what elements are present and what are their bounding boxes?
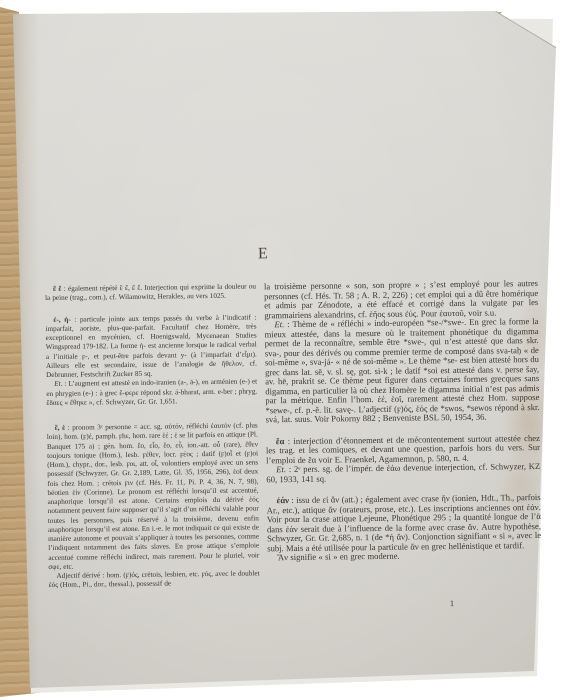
text-columns: ἒ ἕ : également répété ἒ ἕ, ἒ ἕ. Interje… (45, 279, 542, 591)
entry-body: : interjection d’étonnement et de mécont… (266, 432, 540, 464)
entry-body: : pronom 3ᵉ personne = acc. sg. αὑτόν, r… (47, 421, 260, 570)
entry-body: : issu de εἰ ἄν (att.) ; également avec … (267, 492, 541, 553)
section-letter-heading: E (17, 242, 510, 266)
entry-ean-note: Ἄν signifie « si » en grec moderne. (267, 550, 541, 563)
etymology-body: : L’augment est attesté en indo-iranien … (46, 378, 257, 407)
entry-headword: ἐ-, ἠ- (53, 315, 70, 323)
right-column: la troisième personne « son, son propre … (264, 279, 541, 563)
entry-pronoun: ἕ, ἑ : pronom 3ᵉ personne = acc. sg. αὑτ… (47, 421, 260, 572)
entry-body: Ἄν signifie « si » en grec moderne. (277, 551, 399, 562)
etymology-body: : 2ᵉ pers. sg. de l’impér. de ἐάω devenu… (266, 461, 540, 484)
entry-augment: ἐ-, ἠ- : particule jointe aux temps pass… (45, 313, 257, 380)
entry-augment-etymology: Et. : L’augment est attesté en indo-iran… (46, 378, 257, 408)
book-photo: E ἒ ἕ : également répété ἒ ἕ, ἒ ἕ. Inter… (0, 0, 585, 700)
entry-pronoun-adjective: Adjectif dérivé : hom. (ϝ)ός, crétois, l… (48, 569, 259, 590)
etymology-body: : Thème de « réfléchi » indo-européen *s… (265, 316, 540, 424)
printed-text: E ἒ ἕ : également répété ἒ ἕ, ἒ ἕ. Inter… (0, 0, 585, 700)
entry-body: Adjectif dérivé : hom. (ϝ)ός, crétois, l… (49, 569, 260, 589)
entry-body: : particule jointe aux temps passés du v… (45, 313, 257, 379)
entry-body: la troisième personne « son, son propre … (264, 278, 538, 320)
entry-ean: ἐάν : issu de εἰ ἄν (att.) ; également a… (267, 493, 542, 553)
entry-e-e: ἒ ἕ : également répété ἒ ἕ, ἒ ἕ. Interje… (45, 282, 256, 303)
left-column: ἒ ἕ : également répété ἒ ἕ, ἒ ἕ. Interje… (45, 282, 260, 590)
entry-body: : également répété ἒ ἕ, ἒ ἕ. Interjectio… (45, 282, 256, 302)
entry-ea-etymology: Et. : 2ᵉ pers. sg. de l’impér. de ἐάω de… (266, 462, 540, 484)
page-number: 1 (450, 598, 454, 608)
entry-headword: ἕ, ἑ (55, 424, 66, 432)
pronoun-continuation: la troisième personne « son, son propre … (264, 279, 538, 320)
pronoun-etymology: Et. : Thème de « réfléchi » indo-europée… (264, 317, 539, 425)
